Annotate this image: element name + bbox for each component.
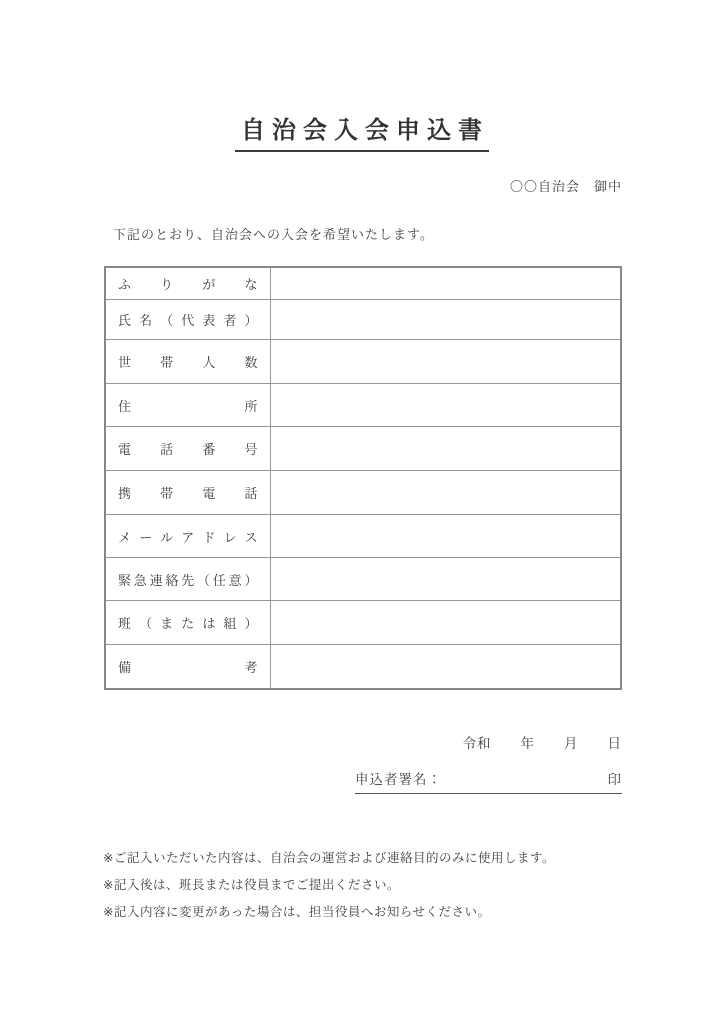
- table-row-phone: 電話番号: [105, 427, 621, 471]
- note-line: ※記入内容に変更があった場合は、担当役員へお知らせください。: [103, 899, 555, 926]
- table-row-address: 住所: [105, 384, 621, 427]
- note-line: ※記入後は、班長または役員までご提出ください。: [103, 872, 555, 899]
- row-label: ふりがな: [105, 267, 271, 300]
- row-value-cell: [271, 471, 622, 515]
- row-label: 世帯人数: [105, 340, 271, 384]
- row-value-cell: [271, 427, 622, 471]
- table-row-group: 班（または組）: [105, 601, 621, 645]
- application-form-table: ふりがな 氏名（代表者） 世帯人数 住所 電話番号 携帯電話: [104, 266, 622, 690]
- signature-line: 申込者署名： 印: [355, 768, 622, 794]
- row-value-cell: [271, 558, 622, 601]
- row-label: メールアドレス: [105, 515, 271, 558]
- row-value-cell: [271, 340, 622, 384]
- application-form-page: 自治会入会申込書 〇〇自治会 御中 下記のとおり、自治会への入会を希望いたします…: [0, 0, 724, 1024]
- table-row-emergency-contact: 緊急連絡先（任意）: [105, 558, 621, 601]
- table-row-household-size: 世帯人数: [105, 340, 621, 384]
- page-title: 自治会入会申込書: [235, 110, 489, 152]
- row-value-cell: [271, 645, 622, 690]
- note-line: ※ご記入いただいた内容は、自治会の運営および連絡目的のみに使用します。: [103, 845, 555, 872]
- signature-label: 申込者署名：: [355, 768, 442, 788]
- footer-notes: ※ご記入いただいた内容は、自治会の運営および連絡目的のみに使用します。 ※記入後…: [103, 845, 555, 926]
- recipient-line: 〇〇自治会 御中: [510, 176, 622, 195]
- row-label: 住所: [105, 384, 271, 427]
- row-value-cell: [271, 267, 622, 300]
- title-wrap: 自治会入会申込書: [0, 110, 724, 152]
- table-row-remarks: 備考: [105, 645, 621, 690]
- row-label: 氏名（代表者）: [105, 300, 271, 340]
- table-row-email: メールアドレス: [105, 515, 621, 558]
- table-row-name: 氏名（代表者）: [105, 300, 621, 340]
- row-label: 備考: [105, 645, 271, 690]
- row-label: 携帯電話: [105, 471, 271, 515]
- row-value-cell: [271, 601, 622, 645]
- table-row-furigana: ふりがな: [105, 267, 621, 300]
- seal-label: 印: [608, 768, 623, 788]
- row-value-cell: [271, 515, 622, 558]
- row-label: 班（または組）: [105, 601, 271, 645]
- row-label: 電話番号: [105, 427, 271, 471]
- table-row-mobile: 携帯電話: [105, 471, 621, 515]
- row-value-cell: [271, 384, 622, 427]
- intro-sentence: 下記のとおり、自治会への入会を希望いたします。: [113, 224, 434, 243]
- row-value-cell: [271, 300, 622, 340]
- row-label: 緊急連絡先（任意）: [105, 558, 271, 601]
- date-line: 令和 年 月 日: [463, 732, 623, 752]
